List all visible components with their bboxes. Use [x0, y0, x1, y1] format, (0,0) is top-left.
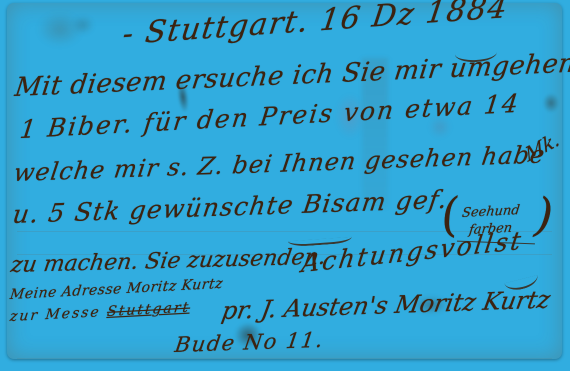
- handwritten-signature: pr. J. Austen's Moritz Kurtz: [220, 285, 553, 325]
- handwriting-paren-word-top: Seehund: [461, 203, 521, 221]
- handwritten-booth-number: Bude No 11.: [173, 328, 325, 357]
- handwriting-line-3: welche mir s. Z. bei Ihnen gesehen habe: [12, 140, 547, 187]
- handwriting-line-4: u. 5 Stk gewünschte Bisam gef.: [11, 185, 450, 229]
- paper-stain: [68, 12, 98, 38]
- handwritten-address-note-2: zur Messe Stuttgart: [9, 299, 191, 325]
- scanned-postcard-background: - Stuttgart. 16 Dz 1884 Mit diesem ersuc…: [0, 0, 570, 371]
- handwritten-address-note-1: Meine Adresse Moritz Kurtz: [9, 276, 224, 303]
- handwritten-close-paren: ): [533, 187, 555, 242]
- handwriting-line-5: zu machen. Sie zuzusenden.: [9, 245, 327, 278]
- address-note-prefix: zur Messe: [9, 304, 108, 325]
- handwritten-dateline: - Stuttgart. 16 Dz 1884: [121, 0, 511, 52]
- ink-smudge: [540, 90, 562, 116]
- ruled-line: [17, 358, 552, 359]
- postcard: - Stuttgart. 16 Dz 1884 Mit diesem ersuc…: [7, 3, 562, 359]
- address-note-city: Stuttgart: [106, 299, 191, 319]
- handwritten-closing-salutation: Achtungsvollst: [300, 225, 525, 278]
- paper-stain: [30, 6, 90, 52]
